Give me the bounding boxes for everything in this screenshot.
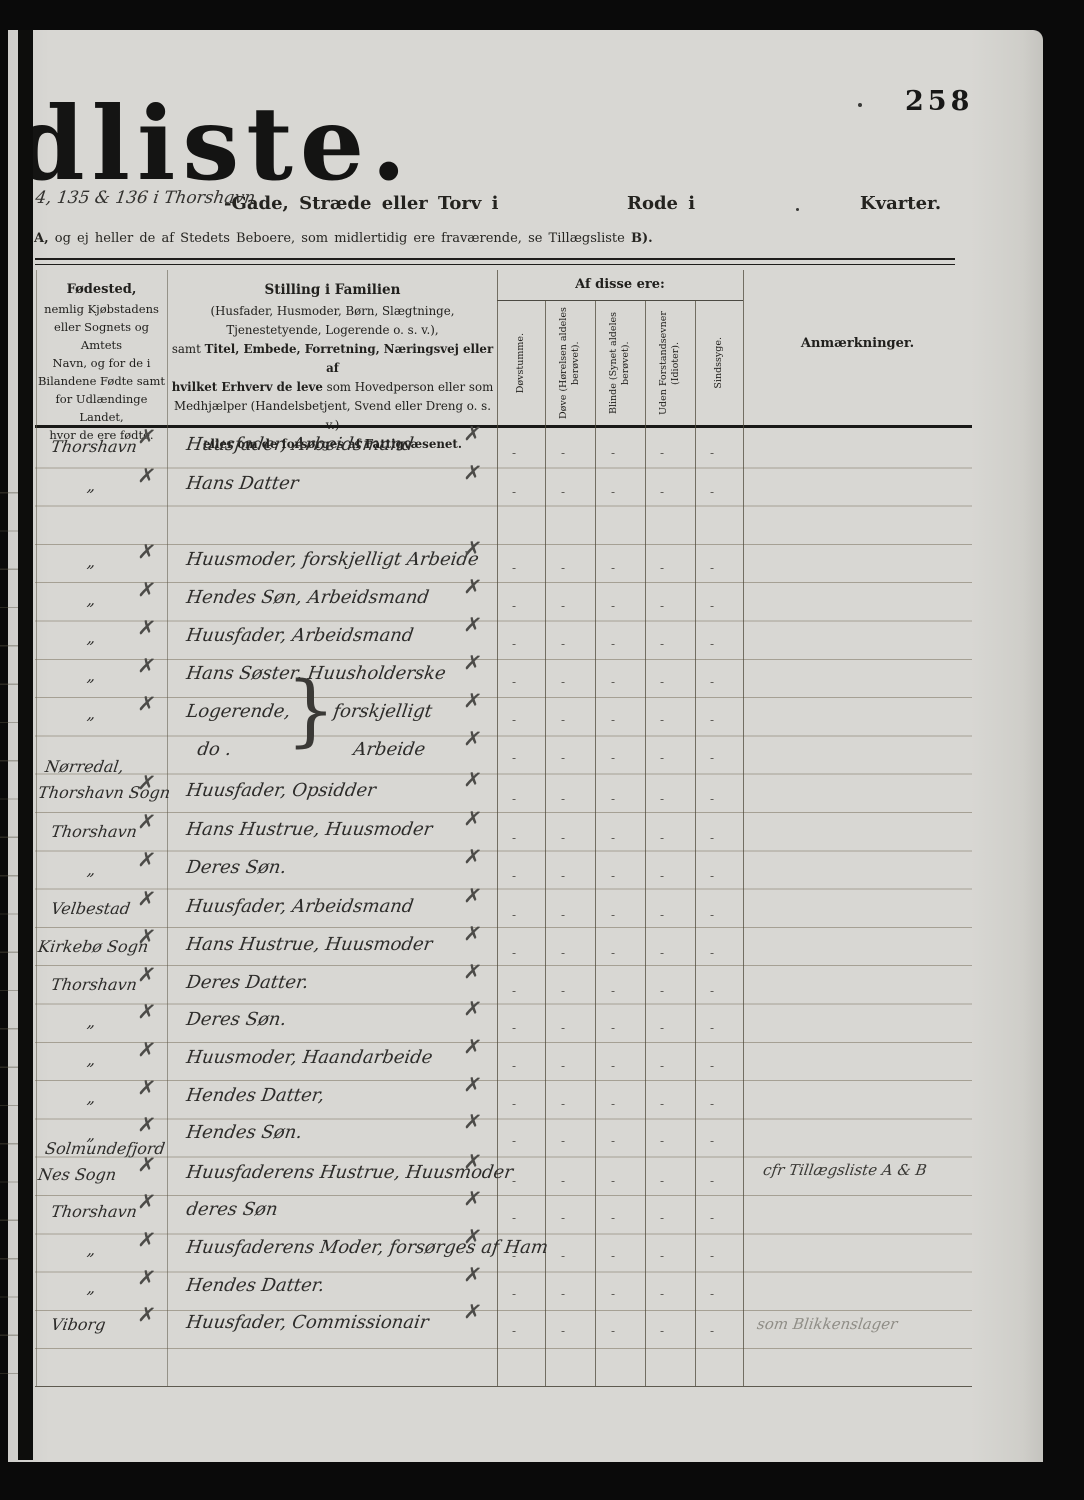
tally-x-mark: ✗ [136, 1302, 157, 1328]
none-dash-mark: - [561, 1097, 565, 1111]
row-occupation: Logerende, [185, 701, 292, 722]
none-dash-mark: - [561, 751, 565, 765]
none-dash-mark: - [611, 675, 615, 689]
none-dash-mark: - [561, 1174, 565, 1188]
none-dash-mark: - [611, 1134, 615, 1148]
tally-x-mark: ✗ [136, 424, 157, 450]
tally-x-mark: ✗ [462, 883, 483, 909]
none-dash-mark: - [611, 637, 615, 651]
none-dash-mark: - [561, 446, 565, 460]
none-dash-mark: - [660, 751, 664, 765]
note-ref-b: B). [631, 231, 653, 246]
tally-x-mark: ✗ [462, 844, 483, 870]
none-dash-mark: - [561, 713, 565, 727]
tally-x-mark: ✗ [136, 924, 157, 950]
tally-x-mark: ✗ [462, 574, 483, 600]
row-occupation: Hans Hustrue, Huusmoder [185, 934, 434, 955]
none-dash-mark: - [710, 1249, 714, 1263]
column-header-deaf: Døve (Hørelsen aldeles berøvet). [545, 303, 595, 423]
kvarter-label: Kvarter. [860, 193, 941, 214]
double-rule [35, 258, 955, 265]
none-dash-mark: - [611, 1211, 615, 1225]
none-dash-mark: - [710, 1287, 714, 1301]
tally-x-mark: ✗ [136, 1189, 157, 1215]
none-dash-mark: - [611, 599, 615, 613]
position-line: hvilket Erhverv de leve som Hovedperson … [168, 378, 497, 397]
ink-dot [796, 208, 799, 211]
tally-x-mark: ✗ [136, 962, 157, 988]
none-dash-mark: - [561, 1059, 565, 1073]
scanned-census-page: dliste. 258 4, 135 & 136 i Thorshavn -Ga… [0, 0, 1084, 1500]
row-occupation: Hans Datter [185, 473, 300, 494]
none-dash-mark: - [660, 831, 664, 845]
none-dash-mark: - [611, 831, 615, 845]
tally-x-mark: ✗ [462, 996, 483, 1022]
subcolumn-divider [695, 300, 696, 1386]
tally-x-mark: ✗ [462, 460, 483, 486]
none-dash-mark: - [611, 1021, 615, 1035]
none-dash-mark: - [611, 908, 615, 922]
subcolumn-divider [645, 300, 646, 1386]
row-occupation: Hendes Søn. [185, 1122, 304, 1143]
none-dash-mark: - [660, 869, 664, 883]
none-dash-mark: - [710, 869, 714, 883]
none-dash-mark: - [710, 751, 714, 765]
none-dash-mark: - [512, 1021, 516, 1035]
row-birthplace: Thorshavn [50, 822, 138, 841]
none-dash-mark: - [611, 1324, 615, 1338]
none-dash-mark: - [660, 713, 664, 727]
none-dash-mark: - [660, 1324, 664, 1338]
none-dash-mark: - [512, 1134, 516, 1148]
page-number: 258 [905, 86, 973, 117]
none-dash-mark: - [512, 831, 516, 845]
row-birthplace: Velbestad [50, 899, 131, 918]
position-line: Stilling i Familien [168, 281, 497, 300]
row-occupation: Huusfader, Opsidder [185, 780, 377, 801]
none-dash-mark: - [512, 561, 516, 575]
none-dash-mark: - [710, 1174, 714, 1188]
none-dash-mark: - [660, 1059, 664, 1073]
none-dash-mark: - [710, 561, 714, 575]
tally-x-mark: ✗ [462, 806, 483, 832]
divider-group-remarks [743, 270, 744, 1386]
tally-x-mark: ✗ [462, 688, 483, 714]
none-dash-mark: - [660, 637, 664, 651]
column-header-remarks: Anmærkninger. [743, 336, 972, 351]
none-dash-mark: - [611, 751, 615, 765]
none-dash-mark: - [710, 1097, 714, 1111]
none-dash-mark: - [561, 1287, 565, 1301]
position-line: Tjenestetyende, Logerende o. s. v.), [168, 321, 497, 340]
row-occupation: Huusfader, Commissionair [185, 1312, 430, 1333]
none-dash-mark: - [710, 637, 714, 651]
none-dash-mark: - [512, 792, 516, 806]
none-dash-mark: - [660, 1211, 664, 1225]
tally-x-mark: ✗ [462, 959, 483, 985]
tally-x-mark: ✗ [136, 1075, 157, 1101]
birthplace-line: nemlig Kjøbstadens [36, 300, 167, 318]
none-dash-mark: - [710, 1021, 714, 1035]
none-dash-mark: - [611, 1249, 615, 1263]
none-dash-mark: - [710, 1324, 714, 1338]
row-occupation: do . [196, 739, 233, 760]
grouping-brace: } [286, 666, 336, 756]
birthplace-line: eller Sognets og Amtets [36, 318, 167, 354]
tally-x-mark: ✗ [462, 1299, 483, 1325]
none-dash-mark: - [512, 1211, 516, 1225]
row-occupation: Huusmoder, Haandarbeide [185, 1047, 434, 1068]
none-dash-mark: - [660, 984, 664, 998]
tally-x-mark: ✗ [136, 1152, 157, 1178]
divider-position-group [497, 270, 498, 1386]
none-dash-mark: - [512, 1174, 516, 1188]
none-dash-mark: - [710, 675, 714, 689]
none-dash-mark: - [611, 1287, 615, 1301]
tally-x-mark: ✗ [136, 1227, 157, 1253]
none-dash-mark: - [660, 561, 664, 575]
none-dash-mark: - [512, 637, 516, 651]
tally-x-mark: ✗ [136, 999, 157, 1025]
none-dash-mark: - [512, 1324, 516, 1338]
tally-x-mark: ✗ [462, 921, 483, 947]
none-dash-mark: - [660, 599, 664, 613]
row-occupation-cont: Arbeide [352, 739, 427, 760]
none-dash-mark: - [660, 908, 664, 922]
none-dash-mark: - [660, 675, 664, 689]
none-dash-mark: - [512, 908, 516, 922]
row-occupation: Hans Hustrue, Huusmoder [185, 819, 434, 840]
row-occupation: deres Søn [185, 1199, 279, 1220]
column-header-deaf-mute: Døvstumme. [497, 303, 545, 423]
subcolumn-divider [595, 300, 596, 1386]
column-group-header: Af disse ere: [497, 277, 743, 292]
tally-x-mark: ✗ [462, 612, 483, 638]
none-dash-mark: - [561, 869, 565, 883]
tally-x-mark: ✗ [136, 770, 157, 796]
row-occupation: Huusfader, Arbeidsmand [185, 434, 415, 455]
none-dash-mark: - [512, 1059, 516, 1073]
page-title-fragment: dliste. [14, 84, 413, 203]
tally-x-mark: ✗ [462, 421, 483, 447]
none-dash-mark: - [561, 1134, 565, 1148]
none-dash-mark: - [611, 485, 615, 499]
column-header-position: Stilling i Familien (Husfader, Husmoder,… [168, 281, 497, 454]
binding-gutter-bar [18, 30, 33, 1460]
column-header-birthplace: Fødested, nemlig Kjøbstadens eller Sogne… [36, 281, 167, 444]
tally-x-mark: ✗ [462, 1072, 483, 1098]
none-dash-mark: - [512, 599, 516, 613]
row-occupation-cont: forskjelligt [332, 701, 433, 722]
position-line: samt Titel, Embede, Forretning, Næringsv… [168, 340, 497, 378]
none-dash-mark: - [710, 713, 714, 727]
none-dash-mark: - [710, 984, 714, 998]
note-body: og ej heller de af Stedets Beboere, som … [49, 231, 631, 246]
none-dash-mark: - [512, 946, 516, 960]
none-dash-mark: - [561, 908, 565, 922]
row-occupation: Hendes Søn, Arbeidsmand [185, 587, 430, 608]
page-fold-lines [0, 455, 18, 1395]
none-dash-mark: - [561, 1211, 565, 1225]
ink-dot [858, 103, 862, 107]
divider-birthplace-position [167, 270, 168, 1386]
tally-x-mark: ✗ [462, 536, 483, 562]
subcolumn-divider [545, 300, 546, 1386]
tally-x-mark: ✗ [462, 767, 483, 793]
none-dash-mark: - [611, 946, 615, 960]
none-dash-mark: - [611, 1097, 615, 1111]
column-header-blind: Blinde (Synet aldeles berøvet). [595, 303, 645, 423]
none-dash-mark: - [561, 485, 565, 499]
none-dash-mark: - [710, 1134, 714, 1148]
none-dash-mark: - [660, 1021, 664, 1035]
tally-x-mark: ✗ [462, 1149, 483, 1175]
none-dash-mark: - [512, 675, 516, 689]
exclusion-note: A, og ej heller de af Stedets Beboere, s… [34, 231, 653, 246]
none-dash-mark: - [710, 908, 714, 922]
none-dash-mark: - [611, 1059, 615, 1073]
none-dash-mark: - [660, 1287, 664, 1301]
none-dash-mark: - [611, 792, 615, 806]
tally-x-mark: ✗ [136, 809, 157, 835]
group-header-underline [497, 300, 743, 301]
none-dash-mark: - [611, 869, 615, 883]
none-dash-mark: - [512, 446, 516, 460]
birthplace-line: for Udlændinge Landet, [36, 390, 167, 426]
none-dash-mark: - [561, 946, 565, 960]
row-occupation: Deres Datter. [185, 972, 310, 993]
none-dash-mark: - [660, 1174, 664, 1188]
none-dash-mark: - [611, 984, 615, 998]
none-dash-mark: - [660, 485, 664, 499]
none-dash-mark: - [710, 946, 714, 960]
none-dash-mark: - [561, 792, 565, 806]
none-dash-mark: - [710, 485, 714, 499]
row-birthplace: Kirkebø Sogn [37, 937, 150, 956]
none-dash-mark: - [611, 1174, 615, 1188]
tally-x-mark: ✗ [462, 1109, 483, 1135]
tally-x-mark: ✗ [462, 1262, 483, 1288]
none-dash-mark: - [660, 946, 664, 960]
none-dash-mark: - [561, 637, 565, 651]
row-occupation: Huusfaderens Moder, forsørges af Ham [185, 1237, 549, 1258]
row-birthplace: Thorshavn [50, 1202, 138, 1221]
none-dash-mark: - [561, 984, 565, 998]
row-occupation: Deres Søn. [185, 857, 288, 878]
row-birthplace-parish: Nørredal, [44, 757, 125, 776]
tally-x-mark: ✗ [462, 1224, 483, 1250]
tally-x-mark: ✗ [136, 1037, 157, 1063]
note-ref-a: A, [34, 231, 49, 246]
row-occupation: Deres Søn. [185, 1009, 288, 1030]
none-dash-mark: - [512, 1249, 516, 1263]
position-line: (Husfader, Husmoder, Børn, Slægtninge, [168, 302, 497, 321]
none-dash-mark: - [512, 1287, 516, 1301]
tally-x-mark: ✗ [136, 886, 157, 912]
none-dash-mark: - [512, 751, 516, 765]
tally-x-mark: ✗ [462, 1186, 483, 1212]
none-dash-mark: - [512, 984, 516, 998]
row-remark: cfr Tillægsliste A & B [762, 1161, 928, 1179]
rode-label: Rode i [627, 193, 695, 214]
none-dash-mark: - [611, 713, 615, 727]
tally-x-mark: ✗ [136, 577, 157, 603]
row-birthplace: Thorshavn [50, 975, 138, 994]
tally-x-mark: ✗ [462, 1034, 483, 1060]
tally-x-mark: ✗ [136, 615, 157, 641]
none-dash-mark: - [660, 1134, 664, 1148]
none-dash-mark: - [660, 1097, 664, 1111]
row-remark-faint: som Blikkenslager [756, 1315, 899, 1333]
none-dash-mark: - [561, 561, 565, 575]
none-dash-mark: - [561, 1249, 565, 1263]
tally-x-mark: ✗ [136, 463, 157, 489]
tally-x-mark: ✗ [136, 653, 157, 679]
street-label: -Gade, Stræde eller Torv i [224, 193, 498, 214]
row-birthplace: Nes Sogn [37, 1165, 118, 1184]
none-dash-mark: - [512, 869, 516, 883]
tally-x-mark: ✗ [136, 847, 157, 873]
none-dash-mark: - [561, 1324, 565, 1338]
tally-x-mark: ✗ [462, 650, 483, 676]
none-dash-mark: - [710, 446, 714, 460]
tally-x-mark: ✗ [136, 539, 157, 565]
none-dash-mark: - [710, 599, 714, 613]
none-dash-mark: - [660, 792, 664, 806]
tally-x-mark: ✗ [462, 726, 483, 752]
none-dash-mark: - [660, 446, 664, 460]
row-occupation: Huusfader, Arbeidsmand [185, 625, 415, 646]
tally-x-mark: ✗ [136, 1265, 157, 1291]
none-dash-mark: - [561, 599, 565, 613]
header-bottom-border [35, 425, 972, 428]
none-dash-mark: - [561, 675, 565, 689]
table-left-border [36, 270, 37, 1386]
row-occupation: Hendes Datter, [185, 1085, 326, 1106]
none-dash-mark: - [611, 446, 615, 460]
birthplace-line: Bilandene Fødte samt [36, 372, 167, 390]
none-dash-mark: - [561, 831, 565, 845]
none-dash-mark: - [660, 1249, 664, 1263]
none-dash-mark: - [611, 561, 615, 575]
none-dash-mark: - [710, 831, 714, 845]
none-dash-mark: - [512, 1097, 516, 1111]
birthplace-line: Navn, og for de i [36, 354, 167, 372]
row-occupation: Huusmoder, forskjelligt Arbeide [185, 549, 480, 570]
none-dash-mark: - [512, 485, 516, 499]
row-birthplace: Thorshavn [50, 437, 138, 456]
none-dash-mark: - [512, 713, 516, 727]
column-header-idiots: Uden Forstandsevner (Idioter). [645, 303, 695, 423]
row-birthplace: Viborg [50, 1315, 107, 1334]
tally-x-mark: ✗ [136, 691, 157, 717]
column-header-insane: Sindssyge. [695, 303, 743, 423]
tally-x-mark: ✗ [136, 1112, 157, 1138]
row-occupation: Hendes Datter. [185, 1275, 326, 1296]
birthplace-title: Fødested, [36, 281, 167, 299]
none-dash-mark: - [710, 792, 714, 806]
row-occupation: Huusfader, Arbeidsmand [185, 896, 415, 917]
none-dash-mark: - [561, 1021, 565, 1035]
none-dash-mark: - [710, 1211, 714, 1225]
none-dash-mark: - [710, 1059, 714, 1073]
table-bottom-border [35, 1386, 972, 1387]
